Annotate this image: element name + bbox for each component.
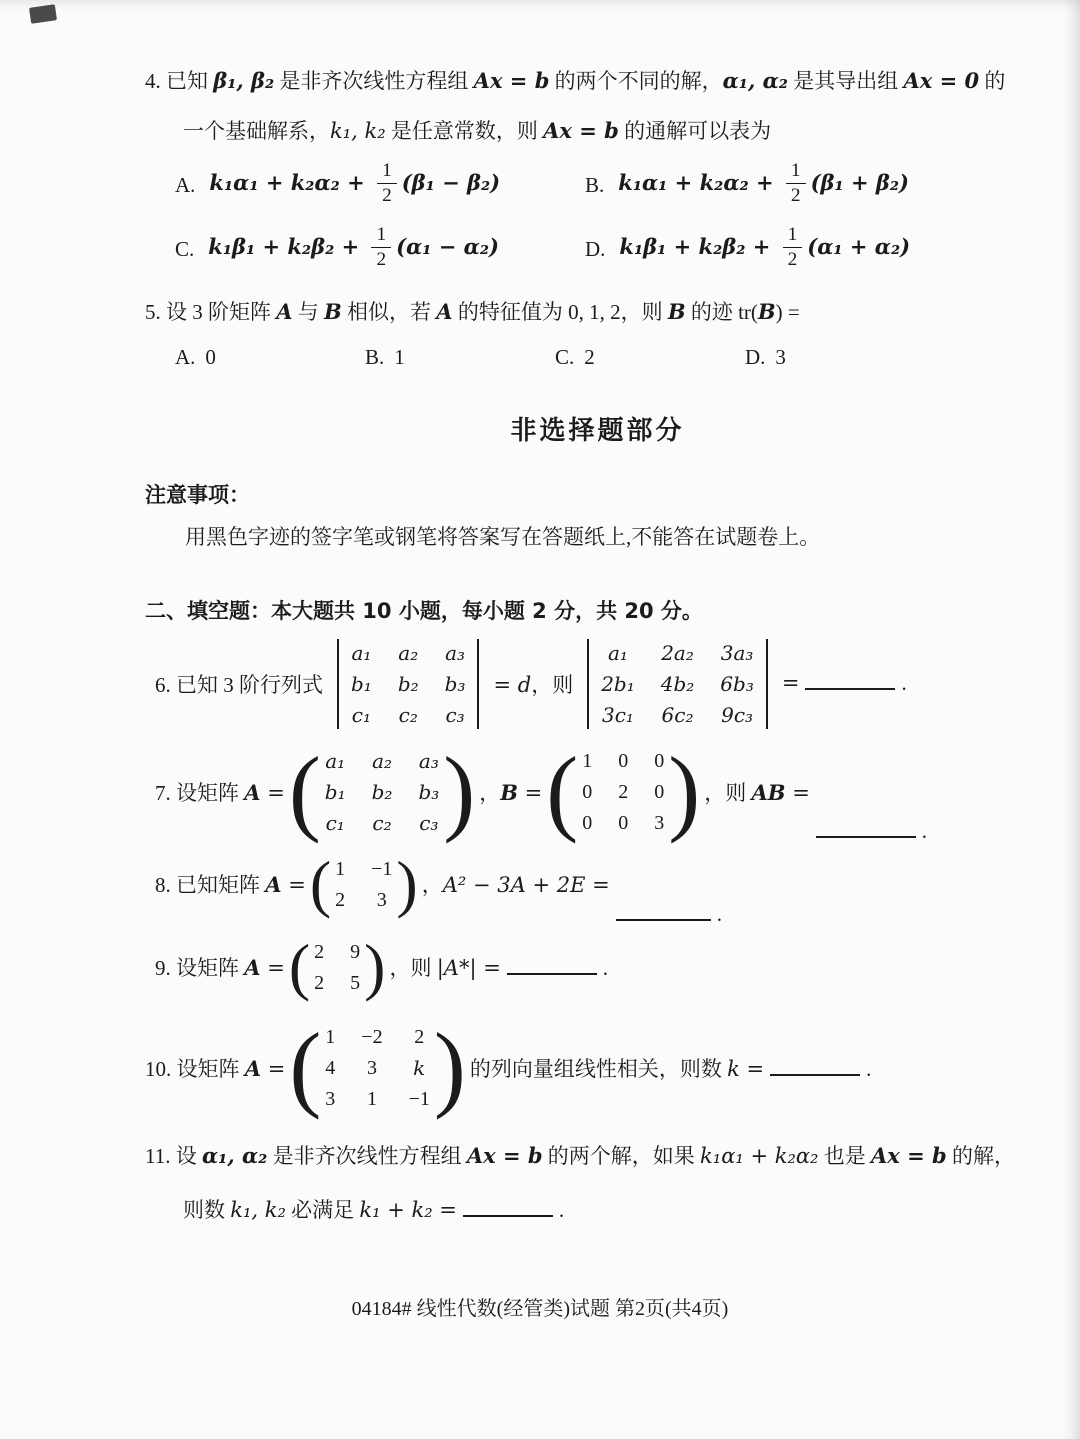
text-run: ， bbox=[422, 873, 443, 897]
option-b: B. k₁α₁ + k₂α₂ + 12(β₁ + β₂) bbox=[585, 160, 1050, 210]
text-run: 的迹 tr( bbox=[686, 300, 758, 324]
text-run: β₁, β₂ bbox=[213, 68, 274, 93]
det-bar-icon bbox=[766, 639, 768, 729]
left-paren-icon bbox=[310, 856, 331, 911]
matrix-cell: k bbox=[413, 1057, 425, 1079]
determinant-1: a₁a₂a₃b₁b₂b₃c₁c₂c₃ bbox=[329, 637, 487, 731]
matrix-B: 100020003 bbox=[546, 745, 700, 839]
option-b-label: B. bbox=[365, 345, 384, 369]
text-run: 8. 已知矩阵 bbox=[155, 873, 265, 897]
fraction: 12 bbox=[371, 224, 391, 270]
text-run: (α₁ − α₂) bbox=[396, 234, 499, 259]
question-9-intro: 9. 设矩阵 A = bbox=[155, 952, 285, 982]
text-run: 的两个解，如果 bbox=[543, 1144, 701, 1168]
det-bar-icon bbox=[587, 639, 589, 729]
matrix-cell: 2 bbox=[314, 941, 324, 963]
text-run: = bbox=[782, 671, 800, 695]
matrix-cell: 0 bbox=[582, 812, 592, 834]
matrix-A: 1−123 bbox=[310, 853, 418, 916]
matrix-cell: c₂ bbox=[399, 704, 418, 726]
matrix-cell: 2a₂ bbox=[661, 642, 694, 664]
text-run: B bbox=[500, 780, 518, 805]
text-run: |A*| = bbox=[437, 956, 501, 980]
text-run: A bbox=[265, 872, 281, 897]
matrix-cell: 2b₁ bbox=[601, 673, 635, 695]
exam-page: 4. 已知 β₁, β₂ 是非齐次线性方程组 Ax = b 的两个不同的解，α₁… bbox=[0, 0, 1080, 1439]
text-run: Ax = b bbox=[474, 68, 550, 93]
text-run: = bbox=[261, 956, 285, 980]
answer-blank bbox=[463, 1210, 553, 1217]
option-d-value: 3 bbox=[775, 345, 786, 369]
matrix-cell: a₁ bbox=[351, 642, 371, 664]
matrix-cell: a₂ bbox=[372, 750, 392, 772]
question-10: 10. 设矩阵 A = 1−2243k31−1 的列向量组线性相关，则数 k =… bbox=[145, 1021, 1050, 1115]
text-run: k₁β₁ + k₂β₂ + bbox=[208, 234, 366, 259]
matrix-A-grid: 2925 bbox=[310, 936, 364, 999]
matrix-cell: −1 bbox=[371, 858, 392, 880]
text-run: 的 bbox=[979, 69, 1005, 93]
text-run: B bbox=[758, 299, 776, 324]
text-run: . bbox=[866, 1057, 871, 1081]
option-d-label: D. bbox=[585, 237, 605, 262]
matrix-cell: −2 bbox=[361, 1026, 382, 1048]
matrix-cell: c₃ bbox=[419, 812, 438, 834]
text-run: 必满足 bbox=[286, 1198, 360, 1222]
answer-blank bbox=[805, 683, 895, 690]
text-run: B bbox=[324, 299, 342, 324]
text-run: = bbox=[786, 781, 810, 805]
text-run: k₁α₁ + k₂α₂ bbox=[700, 1144, 818, 1168]
matrix-cell: 3c₁ bbox=[602, 704, 634, 726]
question-6-mid: = d，则 bbox=[493, 669, 573, 699]
option-b: B.1 bbox=[365, 345, 555, 370]
question-7-tail: ，则 AB = bbox=[704, 777, 810, 807]
text-run: 的特征值为 0, 1, 2，则 bbox=[453, 300, 668, 324]
text-run: . bbox=[559, 1198, 564, 1222]
page-footer: 04184# 线性代数(经管类)试题 第2页(共4页) bbox=[0, 1292, 1080, 1321]
text-run: A bbox=[436, 299, 452, 324]
text-run: . bbox=[922, 819, 927, 843]
option-d-expression: k₁β₁ + k₂β₂ + 12(α₁ + α₂) bbox=[619, 224, 910, 274]
question-8-intro: 8. 已知矩阵 A = bbox=[155, 869, 306, 899]
matrix-cell: 0 bbox=[618, 812, 628, 834]
text-run: 7. 设矩阵 bbox=[155, 781, 244, 805]
text-run: = bbox=[518, 781, 542, 805]
matrix-A: 2925 bbox=[289, 936, 386, 999]
question-4-line2: 一个基础解系，k₁, k₂ 是任意常数，则 Ax = b 的通解可以表为 bbox=[183, 116, 1050, 146]
text-run: A bbox=[245, 1056, 261, 1081]
matrix-cell: b₃ bbox=[418, 781, 439, 803]
matrix-cell: 0 bbox=[582, 781, 592, 803]
matrix-cell: b₃ bbox=[445, 673, 466, 695]
answer-blank bbox=[816, 831, 916, 838]
right-paren-icon bbox=[364, 939, 385, 994]
answer-blank bbox=[616, 914, 711, 921]
matrix-cell: a₂ bbox=[398, 642, 418, 664]
matrix-cell: 0 bbox=[654, 750, 664, 772]
question-4: 4. 已知 β₁, β₂ 是非齐次线性方程组 Ax = b 的两个不同的解，α₁… bbox=[145, 66, 1050, 275]
matrix-B-grid: 100020003 bbox=[578, 745, 668, 839]
left-paren-icon bbox=[289, 1026, 321, 1109]
matrix-cell: 6b₃ bbox=[720, 673, 754, 695]
text-run: Ax = b bbox=[543, 118, 619, 143]
text-run: A bbox=[244, 780, 260, 805]
text-run: = bbox=[261, 1057, 285, 1081]
question-9: 9. 设矩阵 A = 2925 ，则 |A*| =. bbox=[155, 936, 1050, 999]
matrix-cell: 4 bbox=[325, 1057, 335, 1079]
text-run: 一个基础解系， bbox=[183, 119, 330, 143]
question-10-intro: 10. 设矩阵 A = bbox=[145, 1053, 285, 1083]
question-11: 11. 设 α₁, α₂ 是非齐次线性方程组 Ax = b 的两个解，如果 k₁… bbox=[145, 1141, 1050, 1225]
matrix-cell: c₁ bbox=[352, 704, 371, 726]
text-run: α₁, α₂ bbox=[723, 68, 788, 93]
text-run: k₁α₁ + k₂α₂ + bbox=[209, 170, 372, 195]
right-paren-icon bbox=[443, 750, 475, 833]
option-c: C.2 bbox=[555, 345, 745, 370]
matrix-cell: c₁ bbox=[326, 812, 345, 834]
question-4-options: A. k₁α₁ + k₂α₂ + 12(β₁ − β₂) B. k₁α₁ + k… bbox=[175, 160, 1050, 275]
matrix-cell: b₁ bbox=[325, 781, 346, 803]
matrix-cell: 3 bbox=[377, 889, 387, 911]
right-paren-icon bbox=[434, 1026, 466, 1109]
text-run: k₁β₁ + k₂β₂ + bbox=[619, 234, 777, 259]
left-paren-icon bbox=[289, 750, 321, 833]
matrix-cell: b₂ bbox=[398, 673, 419, 695]
question-6: 6. 已知 3 阶行列式 a₁a₂a₃b₁b₂b₃c₁c₂c₃ = d，则 a₁… bbox=[155, 637, 1050, 731]
text-run: ，则 bbox=[531, 673, 573, 697]
question-5-options: A.0 B.1 C.2 D.3 bbox=[175, 345, 1050, 370]
text-run: 则数 bbox=[183, 1198, 230, 1222]
text-run: 与 bbox=[293, 300, 325, 324]
text-run: ，则 bbox=[704, 781, 751, 805]
determinant-2: a₁2a₂3a₃2b₁4b₂6b₃3c₁6c₂9c₃ bbox=[579, 637, 776, 731]
text-run: 的通解可以表为 bbox=[619, 119, 771, 143]
text-run: 是任意常数，则 bbox=[386, 119, 544, 143]
text-run: ， bbox=[479, 781, 500, 805]
text-run: 相似，若 bbox=[342, 300, 437, 324]
text-run: 是其导出组 bbox=[788, 69, 904, 93]
matrix-cell: b₂ bbox=[372, 781, 393, 803]
section-title: 非选择题部分 bbox=[145, 410, 1050, 447]
fraction: 12 bbox=[377, 160, 397, 206]
text-run: = bbox=[261, 781, 285, 805]
option-a: A.0 bbox=[175, 345, 365, 370]
option-a-label: A. bbox=[175, 173, 195, 198]
question-6-tail: =. bbox=[782, 671, 907, 696]
answer-blank bbox=[507, 968, 597, 975]
text-run: 6. 已知 3 阶行列式 bbox=[155, 673, 323, 697]
answer-blank bbox=[770, 1069, 860, 1076]
question-5-line: 5. 设 3 阶矩阵 A 与 B 相似，若 A 的特征值为 0, 1, 2，则 … bbox=[145, 297, 1050, 327]
text-run: (β₁ + β₂) bbox=[811, 170, 909, 195]
question-8-answer-line: . bbox=[610, 902, 722, 927]
text-run: 4. 已知 bbox=[145, 69, 213, 93]
text-run: AB bbox=[751, 780, 785, 805]
notes-body: 用黑色字迹的签字笔或钢笔将答案写在答题纸上,不能答在试题卷上。 bbox=[185, 521, 1050, 551]
text-run: ) = bbox=[776, 300, 800, 324]
matrix-A: 1−2243k31−1 bbox=[289, 1021, 466, 1115]
question-7: 7. 设矩阵 A = a₁a₂a₃b₁b₂b₃c₁c₂c₃ ，B = 10002… bbox=[155, 745, 1050, 839]
text-run: A bbox=[244, 955, 260, 980]
text-run: A² − 3A + 2E = bbox=[443, 873, 610, 897]
question-5: 5. 设 3 阶矩阵 A 与 B 相似，若 A 的特征值为 0, 1, 2，则 … bbox=[145, 297, 1050, 370]
matrix-cell: 1 bbox=[335, 858, 345, 880]
text-run: = bbox=[282, 873, 306, 897]
matrix-cell: 6c₂ bbox=[662, 704, 694, 726]
text-run: 是非齐次线性方程组 bbox=[274, 69, 474, 93]
text-run: B bbox=[668, 299, 686, 324]
question-7-answer-line: . bbox=[810, 819, 927, 844]
text-run: 5. 设 3 阶矩阵 bbox=[145, 300, 276, 324]
option-b-value: 1 bbox=[394, 345, 405, 369]
matrix-cell: b₁ bbox=[351, 673, 372, 695]
text-run: . bbox=[717, 902, 722, 926]
text-run: 是非齐次线性方程组 bbox=[267, 1144, 467, 1168]
text-run: 9. 设矩阵 bbox=[155, 956, 244, 980]
matrix-cell: 3 bbox=[654, 812, 664, 834]
option-b-expression: k₁α₁ + k₂α₂ + 12(β₁ + β₂) bbox=[618, 160, 909, 210]
question-11-line1: 11. 设 α₁, α₂ 是非齐次线性方程组 Ax = b 的两个解，如果 k₁… bbox=[145, 1141, 1050, 1171]
text-run: k₁, k₂ bbox=[230, 1198, 286, 1222]
option-a-expression: k₁α₁ + k₂α₂ + 12(β₁ − β₂) bbox=[209, 160, 500, 210]
matrix-cell: c₃ bbox=[445, 704, 464, 726]
option-c-label: C. bbox=[175, 237, 194, 262]
notes-heading: 注意事项： bbox=[145, 479, 1050, 509]
matrix-cell: 5 bbox=[350, 972, 360, 994]
text-run: k₁ + k₂ = bbox=[359, 1198, 457, 1222]
question-8: 8. 已知矩阵 A = 1−123 ，A² − 3A + 2E = . bbox=[155, 853, 1050, 916]
text-run: k₁α₁ + k₂α₂ + bbox=[618, 170, 781, 195]
matrix-cell: 2 bbox=[618, 781, 628, 803]
text-run: Ax = b bbox=[467, 1143, 543, 1168]
matrix-cell: 0 bbox=[654, 781, 664, 803]
matrix-A-grid: 1−123 bbox=[331, 853, 396, 916]
matrix-cell: 4b₂ bbox=[661, 673, 695, 695]
matrix-A: a₁a₂a₃b₁b₂b₃c₁c₂c₃ bbox=[289, 745, 475, 839]
matrix-cell: 2 bbox=[335, 889, 345, 911]
page-content: 4. 已知 β₁, β₂ 是非齐次线性方程组 Ax = b 的两个不同的解，α₁… bbox=[0, 0, 1080, 1225]
matrix-cell: 9 bbox=[350, 941, 360, 963]
matrix-cell: 2 bbox=[314, 972, 324, 994]
text-run: 也是 bbox=[818, 1144, 871, 1168]
text-run: 的列向量组线性相关，则数 bbox=[470, 1057, 727, 1081]
matrix-cell: a₁ bbox=[325, 750, 345, 772]
matrix-cell: 9c₃ bbox=[721, 704, 753, 726]
option-d: D. k₁β₁ + k₂β₂ + 12(α₁ + α₂) bbox=[585, 224, 1050, 274]
option-b-label: B. bbox=[585, 173, 604, 198]
text-run: 的解， bbox=[947, 1144, 1015, 1168]
text-run: 10. 设矩阵 bbox=[145, 1057, 245, 1081]
matrix-cell: a₁ bbox=[608, 642, 628, 664]
text-run: . bbox=[603, 956, 608, 980]
question-10-tail: 的列向量组线性相关，则数 k =. bbox=[470, 1053, 872, 1083]
matrix-cell: 1 bbox=[582, 750, 592, 772]
matrix-A-grid: a₁a₂a₃b₁b₂b₃c₁c₂c₃ bbox=[321, 745, 443, 839]
matrix-cell: −1 bbox=[409, 1088, 430, 1110]
text-run: Ax = b bbox=[871, 1143, 947, 1168]
text-run: 11. 设 bbox=[145, 1144, 202, 1168]
matrix-cell: 1 bbox=[367, 1088, 377, 1110]
text-run: Ax = 0 bbox=[903, 68, 979, 93]
right-paren-icon bbox=[668, 750, 700, 833]
fill-blank-section-heading: 二、填空题：本大题共 10 小题，每小题 2 分，共 20 分。 bbox=[145, 595, 1050, 625]
text-run: (β₁ − β₂) bbox=[402, 170, 500, 195]
text-run: A bbox=[276, 299, 292, 324]
matrix-cell: 3 bbox=[325, 1088, 335, 1110]
option-d: D.3 bbox=[745, 345, 935, 370]
determinant-1-grid: a₁a₂a₃b₁b₂b₃c₁c₂c₃ bbox=[347, 637, 469, 731]
question-7-mid: ，B = bbox=[479, 777, 542, 807]
question-6-intro: 6. 已知 3 阶行列式 bbox=[155, 669, 323, 699]
text-run: ，则 bbox=[389, 956, 436, 980]
option-c-expression: k₁β₁ + k₂β₂ + 12(α₁ − α₂) bbox=[208, 224, 499, 274]
matrix-cell: 0 bbox=[618, 750, 628, 772]
fraction: 12 bbox=[783, 224, 803, 270]
left-paren-icon bbox=[289, 939, 310, 994]
det-bar-icon bbox=[337, 639, 339, 729]
matrix-cell: 3a₃ bbox=[721, 642, 754, 664]
matrix-cell: a₃ bbox=[445, 642, 465, 664]
text-run: (α₁ + α₂) bbox=[807, 234, 910, 259]
option-c-label: C. bbox=[555, 345, 574, 369]
question-9-tail: ，则 |A*| =. bbox=[389, 952, 608, 982]
option-a-label: A. bbox=[175, 345, 195, 369]
option-d-label: D. bbox=[745, 345, 765, 369]
matrix-cell: 3 bbox=[367, 1057, 377, 1079]
option-c: C. k₁β₁ + k₂β₂ + 12(α₁ − α₂) bbox=[175, 224, 585, 274]
option-a: A. k₁α₁ + k₂α₂ + 12(β₁ − β₂) bbox=[175, 160, 585, 210]
determinant-2-grid: a₁2a₂3a₃2b₁4b₂6b₃3c₁6c₂9c₃ bbox=[597, 637, 758, 731]
left-paren-icon bbox=[546, 750, 578, 833]
option-a-value: 0 bbox=[205, 345, 216, 369]
text-run: k = bbox=[727, 1057, 764, 1081]
question-8-tail: ，A² − 3A + 2E = bbox=[422, 869, 610, 899]
question-4-line1: 4. 已知 β₁, β₂ 是非齐次线性方程组 Ax = b 的两个不同的解，α₁… bbox=[145, 66, 1050, 96]
matrix-cell: 1 bbox=[325, 1026, 335, 1048]
question-7-intro: 7. 设矩阵 A = bbox=[155, 777, 285, 807]
text-run: k₁, k₂ bbox=[330, 119, 386, 143]
fraction: 12 bbox=[786, 160, 806, 206]
text-run: 的两个不同的解， bbox=[549, 69, 722, 93]
right-paren-icon bbox=[396, 856, 417, 911]
question-11-line2: 则数 k₁, k₂ 必满足 k₁ + k₂ =. bbox=[183, 1195, 1050, 1225]
matrix-cell: a₃ bbox=[419, 750, 439, 772]
matrix-cell: c₂ bbox=[372, 812, 391, 834]
matrix-A-grid: 1−2243k31−1 bbox=[321, 1021, 434, 1115]
text-run: . bbox=[901, 671, 906, 695]
matrix-cell: 2 bbox=[414, 1026, 424, 1048]
text-run: α₁, α₂ bbox=[202, 1143, 267, 1168]
det-bar-icon bbox=[477, 639, 479, 729]
text-run: = d bbox=[493, 673, 531, 697]
option-c-value: 2 bbox=[584, 345, 595, 369]
